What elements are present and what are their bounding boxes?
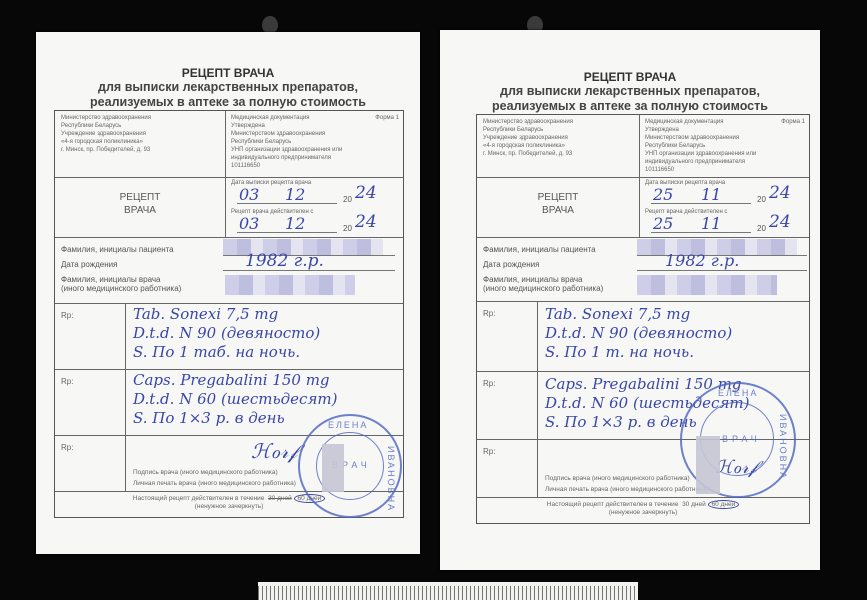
- redacted-stamp-region: [696, 436, 720, 494]
- doctor-name-label: Фамилия, инициалы врача(иного медицинско…: [483, 275, 603, 293]
- redacted-doctor-name: [637, 275, 777, 295]
- issue-day: 03: [239, 185, 259, 204]
- valid-year: 24: [355, 212, 377, 232]
- rx-item-1: Tab. Sonexi 7,5 mgD.t.d. N 90 (девяносто…: [133, 305, 320, 362]
- prescription-sheet-2: РЕЦЕПТ ВРАЧА для выписки лекарственных п…: [440, 30, 820, 570]
- issue-year: 24: [769, 183, 791, 203]
- valid-year: 24: [769, 212, 791, 232]
- scale-ruler: [258, 582, 638, 600]
- issue-month: 12: [285, 185, 305, 204]
- redacted-stamp-region: [322, 444, 344, 492]
- form-title: РЕЦЕПТ ВРАЧА: [36, 66, 420, 80]
- issuer-right: Медицинская документацияФорма 1 Утвержде…: [645, 118, 805, 177]
- dob-label: Дата рождения: [483, 260, 539, 269]
- issuer-right: Медицинская документацияФорма 1 Утвержде…: [231, 114, 399, 177]
- form-subtitle-2: реализуемых в аптеке за полную стоимость: [440, 99, 820, 114]
- rx-item-2: Caps. Pregabalini 150 mgD.t.d. N 60 (шес…: [133, 371, 337, 428]
- patient-name-label: Фамилия, инициалы пациента: [483, 245, 596, 254]
- doctor-signature: ℋℴ𝓇𝒻: [251, 439, 297, 463]
- issuer-left: Министерство здравоохраненияРеспублики Б…: [61, 114, 151, 177]
- valid-month: 11: [701, 214, 721, 233]
- doctor-name-label: Фамилия, инициалы врача(иного медицинско…: [61, 275, 181, 293]
- dob-label: Дата рождения: [61, 260, 117, 269]
- prescription-sheet-1: РЕЦЕПТ ВРАЧА для выписки лекарственных п…: [36, 32, 420, 554]
- issue-day: 25: [653, 185, 673, 204]
- redacted-doctor-name: [225, 275, 355, 295]
- valid-month: 12: [285, 214, 305, 233]
- recipe-box-label: РЕЦЕПТВРАЧА: [55, 191, 225, 217]
- issue-month: 11: [701, 185, 721, 204]
- form-subtitle-1: для выписки лекарственных препаратов,: [440, 84, 820, 99]
- issuer-left: Министерство здравоохраненияРеспублики Б…: [483, 118, 573, 177]
- issue-year: 24: [355, 183, 377, 203]
- patient-name-label: Фамилия, инициалы пациента: [61, 245, 174, 254]
- valid-day: 25: [653, 214, 673, 233]
- form-subtitle-2: реализуемых в аптеке за полную стоимость: [36, 95, 420, 110]
- form-title: РЕЦЕПТ ВРАЧА: [440, 70, 820, 84]
- validity-text: Настоящий рецепт действителен в течение …: [477, 501, 809, 517]
- recipe-box-label: РЕЦЕПТВРАЧА: [477, 191, 639, 217]
- rx-item-1: Tab. Sonexi 7,5 mgD.t.d. N 90 (девяносто…: [545, 305, 732, 362]
- patient-dob: 1982 г.р.: [665, 251, 739, 270]
- doctor-stamp: ЕЛЕНА ВРАЧ ИВАНОВНА: [298, 414, 402, 518]
- form-subtitle-1: для выписки лекарственных препаратов,: [36, 80, 420, 95]
- valid-day: 03: [239, 214, 259, 233]
- patient-dob: 1982 г.р.: [245, 251, 324, 271]
